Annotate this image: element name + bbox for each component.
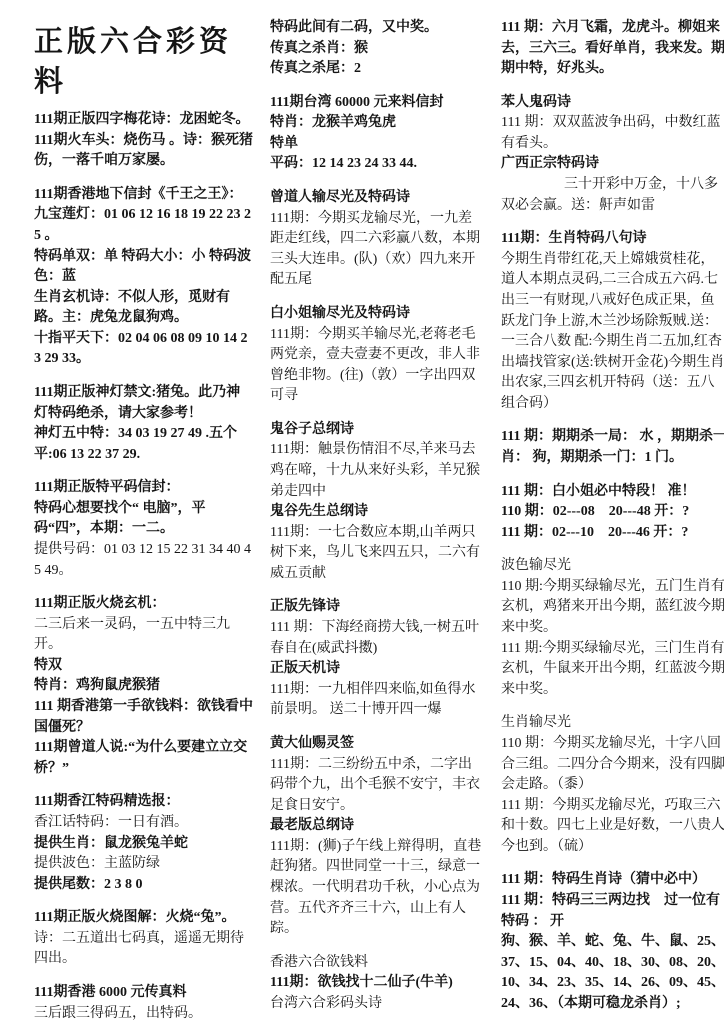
- text-block: 110 期：02---08 20---48 开：?: [501, 502, 724, 523]
- text-block: 神灯五中特：34 03 19 27 49 .五个平:06 13 22 37 29…: [34, 424, 253, 465]
- text-block: 111期正版火烧玄机：: [34, 594, 253, 615]
- text-block: 白小姐输尽光及特码诗: [270, 304, 484, 325]
- text-block: 111期香江特码精选报：: [34, 792, 253, 813]
- text-block: 111期：一九相伴四来临,如鱼得水前景明。 送二十博开四一爆: [270, 680, 484, 721]
- text-block: 111期火车头：烧伤马 。诗：猴死猪伤，一落千咱万家屡。: [34, 131, 253, 172]
- text-block: 111 期：今期买龙输尽光，巧取三六和十数。四七上业是好数，一八贵人今也到。（硫…: [501, 796, 724, 858]
- text-block: 111期：触景伤情泪不尽,羊来马去鸡在啼，十九从来好头彩，羊兄猴弟走四中: [270, 440, 484, 502]
- text-block: 111 期：下海经商捞大钱,一树五叶春自在(威武抖擞): [270, 618, 484, 659]
- text-block: 111期：(狮)子午线上辩得明，直巷赶狗猪。四世同堂一十三，绿意一棵浓。一代明君…: [270, 837, 484, 940]
- text-block: 111期香港地下信封《千王之王》：九宝莲灯：01 06 12 16 18 19 …: [34, 185, 253, 247]
- text-block: 曾道人输尽光及特码诗: [270, 188, 484, 209]
- text-block: 111 期：六月飞霜，龙虎斗。柳姐来去，三六三。看好单肖，我来发。期期中特，好兆…: [501, 18, 724, 80]
- text-block: 111期正版四字梅花诗：龙困蛇冬。: [34, 110, 253, 131]
- text-block: 111期正版特平码信封：: [34, 478, 253, 499]
- text-block: 111 期：期期杀一局： 水 ，期期杀一肖： 狗，期期杀一门：1 门。: [501, 427, 724, 468]
- text-block: 111期台湾 60000 元来料信封: [270, 93, 484, 114]
- text-block: 黄大仙赐灵签: [270, 734, 484, 755]
- text-block: 生肖输尽光: [501, 713, 724, 734]
- text-block: 诗：二五道出七码真，遥遥无期待四出。: [34, 929, 253, 970]
- text-block: 狗、猴、羊、蛇、兔、牛、鼠、25、37、15、04、40、18、30、08、20…: [501, 932, 724, 1014]
- text-block: 苯人鬼码诗: [501, 93, 724, 114]
- column-left: 正版六合彩资料111期正版四字梅花诗：龙困蛇冬。111期火车头：烧伤马 。诗：猴…: [34, 18, 253, 1024]
- text-block: 平码：12 14 23 24 33 44.: [270, 154, 484, 175]
- column-right: 111 期：六月飞霜，龙虎斗。柳姐来去，三六三。看好单肖，我来发。期期中特，好兆…: [501, 18, 724, 1024]
- text-block: 特单: [270, 134, 484, 155]
- text-block: 正版天机诗: [270, 659, 484, 680]
- text-block: 111 期香港第一手欲钱料：欲钱看中国僵死？: [34, 697, 253, 738]
- text-block: 最老版总纲诗: [270, 816, 484, 837]
- text-block: 111期：今期买龙输尽光，一九差距走红线，四二六彩赢八数，本期三头大连串。(队)…: [270, 209, 484, 291]
- column-middle: 特码此间有二码，又中奖。传真之杀肖：猴传真之杀尾：2111期台湾 60000 元…: [270, 18, 484, 1024]
- text-block: 111 期：特码三三两边找 过一位有特码 ： 开: [501, 891, 724, 932]
- text-block: 特码此间有二码，又中奖。: [270, 18, 484, 39]
- text-block: 提供号码：01 03 12 15 22 31 34 40 45 49。: [34, 540, 253, 581]
- text-block: 香港六合欲钱料: [270, 953, 484, 974]
- text-block: 今期生肖带红花,天上嫦娥赏桂花，道人本期点灵码,二三合成五六码.七出三一有财现,…: [501, 250, 724, 415]
- text-block: 111期：今期买羊输尽光,老蒋老毛两党亲，壹夫壹妻不更改，非人非曾绝非物。(往)…: [270, 325, 484, 407]
- text-block: 传真之杀尾：2: [270, 59, 484, 80]
- text-block: 正版先锋诗: [270, 597, 484, 618]
- text-block: 111 期:今期买绿输尽光，三门生肖有玄机，牛鼠来开出今期，红蓝波今期来中奖。: [501, 639, 724, 701]
- text-block: 111期正版神灯禁文:猪兔。此乃神灯特码绝杀，请大家参考！: [34, 383, 253, 424]
- text-block: 广西正宗特码诗: [501, 154, 724, 175]
- text-block: 111期正版火烧图解：火烧“兔”。: [34, 908, 253, 929]
- text-block: 提供尾数：2 3 8 0: [34, 875, 253, 896]
- text-block: 提供生肖：鼠龙猴兔羊蛇: [34, 834, 253, 855]
- text-block: 生肖玄机诗：不似人形，觅财有路。主：虎兔龙鼠狗鸡。: [34, 288, 253, 329]
- text-block: 特码单双：单 特码大小：小 特码波色：蓝: [34, 247, 253, 288]
- text-block: 111期曾道人说:“为什么要建立立交桥？”: [34, 738, 253, 779]
- text-block: 特肖：龙猴羊鸡兔虎: [270, 113, 484, 134]
- text-block: 鬼谷子总纲诗: [270, 420, 484, 441]
- text-block: 传真之杀肖：猴: [270, 39, 484, 60]
- text-block: 111期：欲钱找十二仙子(牛羊): [270, 973, 484, 994]
- text-block: 二三后来一灵码，一五中特三九开。: [34, 615, 253, 656]
- text-block: 特码心想要找个“ 电脑”，平码“四”，本期：一二。: [34, 499, 253, 540]
- text-block: 111 期：特码生肖诗（猜中必中）: [501, 870, 724, 891]
- text-block: 香江话特码：一日有酒。: [34, 813, 253, 834]
- text-block: 三十开彩中万金，十八多双必会赢。送：鼾声如雷: [501, 175, 724, 216]
- text-block: 台湾六合彩码头诗: [270, 994, 484, 1015]
- lottery-sheet: 正版六合彩资料111期正版四字梅花诗：龙困蛇冬。111期火车头：烧伤马 。诗：猴…: [0, 0, 724, 1024]
- text-block: 波色输尽光: [501, 556, 724, 577]
- text-block: 三后跟三得码五，出特码。: [34, 1004, 253, 1024]
- text-block: 十指平天下：02 04 06 08 09 10 14 23 29 33。: [34, 329, 253, 370]
- text-block: 111期：一七合数应本期,山羊两只树下来，鸟儿飞来四五只，二六有威五贡献: [270, 523, 484, 585]
- text-block: 111 期：02---10 20---46 开：?: [501, 523, 724, 544]
- text-block: 111期香港 6000 元传真料: [34, 983, 253, 1004]
- text-block: 特肖：鸡狗鼠虎猴猪: [34, 676, 253, 697]
- text-block: 111 期：白小姐必中特段！ 准！: [501, 482, 724, 503]
- page-title: 正版六合彩资料: [34, 22, 253, 102]
- text-block: 111期：生肖特码八句诗: [501, 229, 724, 250]
- text-block: 鬼谷先生总纲诗: [270, 502, 484, 523]
- text-block: 111 期：双双蓝波争出码，中数红蓝有看头。: [501, 113, 724, 154]
- text-block: 111期：二三纷纷五中杀，二字出码带个九，出个毛猴不安宁，丰衣足食日安宁。: [270, 755, 484, 817]
- text-block: 110 期:今期买绿输尽光，五门生肖有玄机，鸡猪来开出今期，蓝红波今期来中奖。: [501, 577, 724, 639]
- text-block: 110 期：今期买龙输尽光，十字八回合三组。二四分合今期来，没有四脚会走路。（黍…: [501, 734, 724, 796]
- text-block: 特双: [34, 656, 253, 677]
- text-block: 提供波色：主蓝防绿: [34, 854, 253, 875]
